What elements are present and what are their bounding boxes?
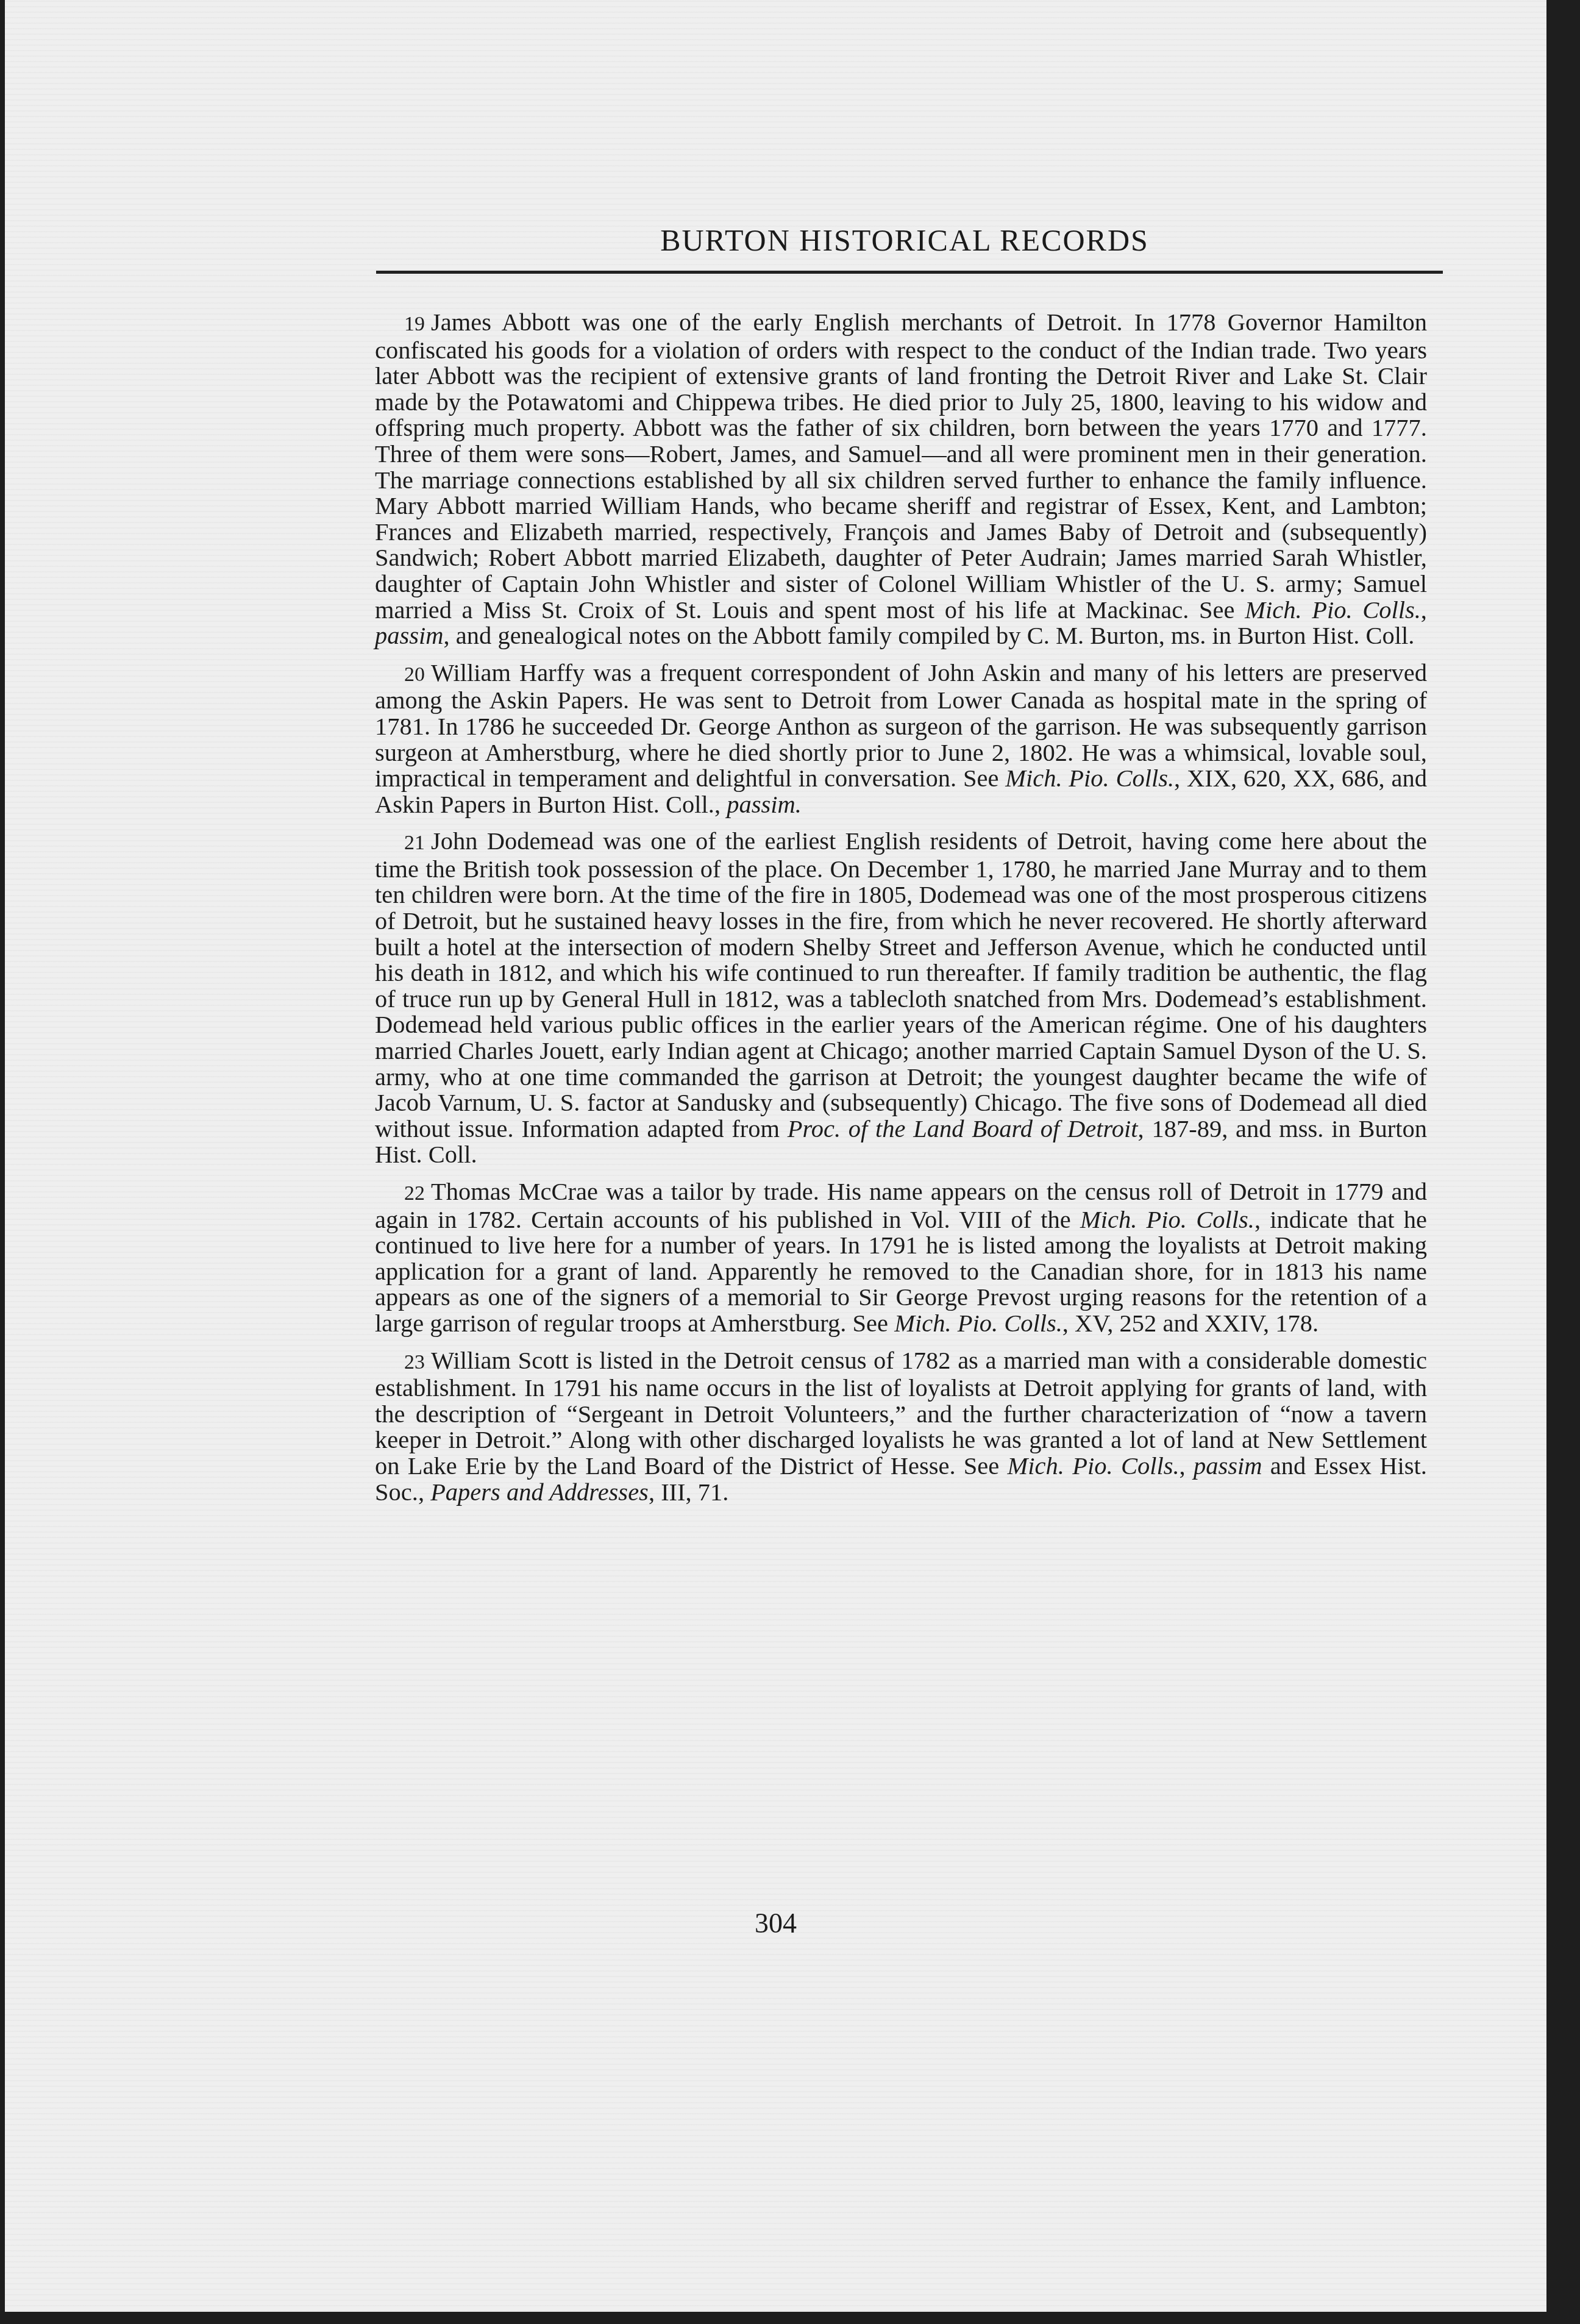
citation-italic: Proc. of the Land Board of Detroit — [788, 1115, 1138, 1142]
citation-italic: Mich. Pio. Colls. — [1080, 1206, 1254, 1233]
citation-italic: Papers and Addresses — [430, 1478, 649, 1506]
text-run: , XV, 252 and XXIV, 178. — [1062, 1310, 1318, 1337]
footnote-number: 20 — [404, 663, 425, 686]
footnotes: 19James Abbott was one of the early Engl… — [375, 310, 1427, 1516]
text-run: , — [1180, 1452, 1194, 1480]
footnote-21: 21John Dodemead was one of the earliest … — [375, 829, 1427, 1168]
text-run: John Dodemead was one of the earliest En… — [375, 827, 1427, 1142]
footnote-text: James Abbott was one of the early Englis… — [375, 308, 1427, 649]
citation-italic: Mich. Pio. Colls. — [1008, 1452, 1180, 1480]
page-number: 304 — [5, 1907, 1546, 1939]
footnote-22: 22Thomas McCrae was a tailor by trade. H… — [375, 1179, 1427, 1337]
footnote-20: 20William Harffy was a frequent correspo… — [375, 660, 1427, 818]
citation-italic: passim — [1194, 1452, 1262, 1480]
document-page: BURTON HISTORICAL RECORDS 19James Abbott… — [5, 0, 1546, 2312]
text-run: James Abbott was one of the early Englis… — [375, 308, 1427, 624]
footnote-text: John Dodemead was one of the earliest En… — [375, 827, 1427, 1168]
footnote-text: William Harffy was a frequent correspond… — [375, 659, 1427, 818]
citation-italic: Mich. Pio. Colls. — [1245, 596, 1421, 624]
footnote-number: 23 — [404, 1351, 425, 1374]
header-rule — [376, 271, 1443, 274]
citation-italic: Mich. Pio. Colls. — [894, 1310, 1062, 1337]
footnote-19: 19James Abbott was one of the early Engl… — [375, 310, 1427, 649]
citation-italic: Mich. Pio. Colls. — [1005, 765, 1174, 792]
text-run: , — [1421, 596, 1427, 624]
footnote-number: 22 — [404, 1182, 425, 1205]
footnote-number: 21 — [404, 832, 425, 854]
footnote-text: Thomas McCrae was a tailor by trade. His… — [375, 1178, 1427, 1337]
text-run: , III, 71. — [649, 1478, 729, 1506]
footnote-23: 23William Scott is listed in the Detroit… — [375, 1348, 1427, 1506]
footnote-number: 19 — [404, 313, 425, 335]
citation-italic: passim. — [727, 791, 802, 818]
citation-italic: passim — [375, 622, 444, 649]
text-run: , and genealogical notes on the Abbott f… — [444, 622, 1415, 649]
running-head-title: BURTON HISTORICAL RECORDS — [380, 223, 1429, 258]
footnote-text: William Scott is listed in the Detroit c… — [375, 1347, 1427, 1506]
